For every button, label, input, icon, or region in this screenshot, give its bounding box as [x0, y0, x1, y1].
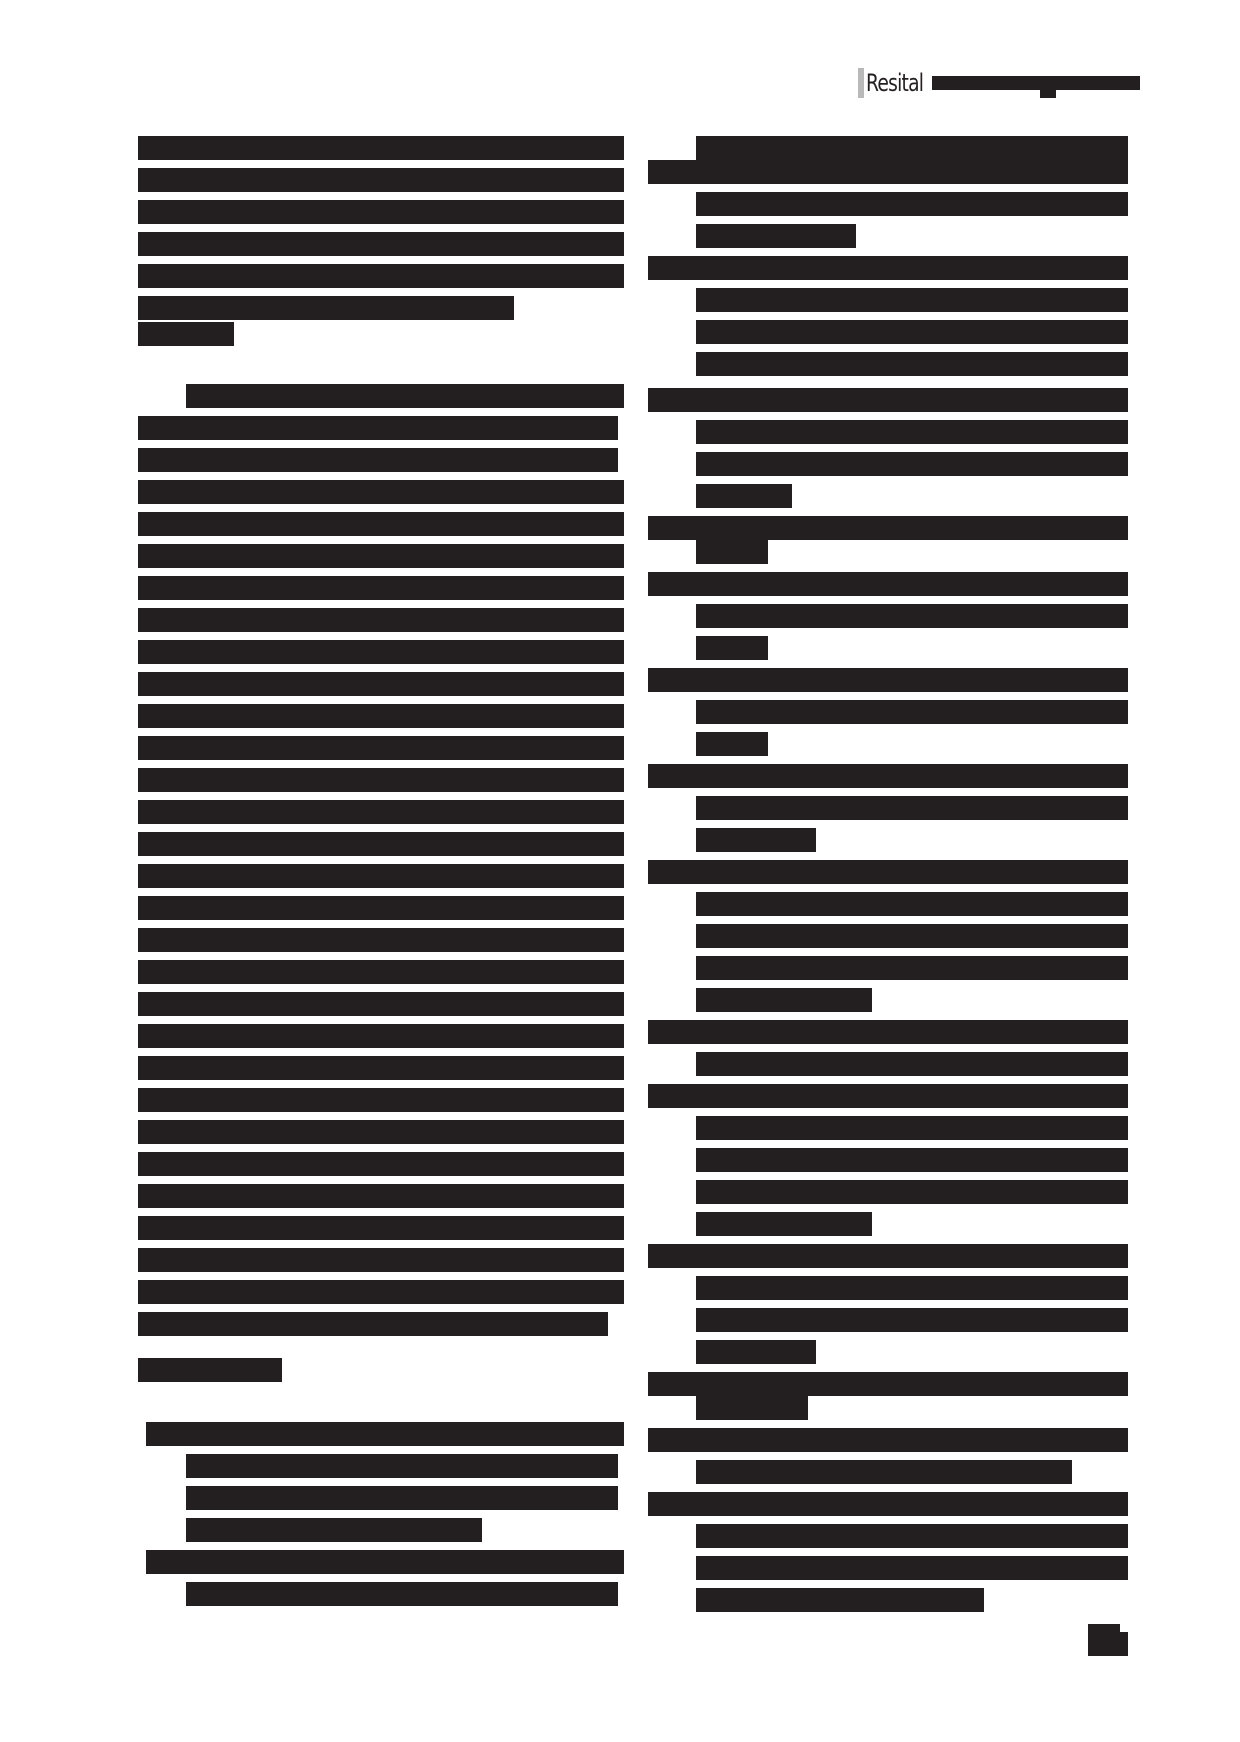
- text-line-redacted: [138, 800, 624, 824]
- reference-line-redacted: [648, 1244, 1128, 1268]
- text-line-redacted: [138, 448, 618, 472]
- reference-line-redacted: [648, 1084, 1128, 1108]
- reference-line-redacted: [696, 1588, 984, 1612]
- text-line-redacted: [138, 232, 624, 256]
- reference-line-redacted: [696, 732, 768, 756]
- reference-line-redacted: [186, 1518, 482, 1542]
- text-line-redacted: [138, 168, 624, 192]
- text-line-redacted: [138, 1184, 624, 1208]
- text-line-redacted: [138, 704, 624, 728]
- reference-line-redacted: [696, 828, 816, 852]
- reference-line-redacted: [696, 604, 1128, 628]
- reference-line-redacted: [696, 1524, 1128, 1548]
- reference-line-redacted: [648, 256, 1128, 280]
- text-line-redacted: [138, 480, 624, 504]
- journal-logo: Resital: [866, 69, 914, 97]
- text-line-redacted: [138, 1088, 624, 1112]
- reference-line-redacted: [696, 1340, 816, 1364]
- text-line-redacted: [138, 640, 624, 664]
- reference-line-redacted: [696, 892, 1128, 916]
- reference-line-redacted: [648, 160, 1128, 184]
- running-title-redacted: [redacted]: [932, 76, 1140, 90]
- reference-line-redacted: [648, 516, 1128, 540]
- reference-line-redacted: [186, 1486, 618, 1510]
- reference-line-redacted: [696, 988, 872, 1012]
- text-line-redacted: [138, 960, 624, 984]
- text-line-redacted: [138, 896, 624, 920]
- text-line-redacted: [138, 1120, 624, 1144]
- reference-line-redacted: [648, 860, 1128, 884]
- reference-line-redacted: [186, 1582, 618, 1606]
- logo-accent-bar: [858, 68, 864, 98]
- reference-line-redacted: [648, 764, 1128, 788]
- text-line-redacted: [138, 992, 624, 1016]
- reference-line-redacted: [186, 1454, 618, 1478]
- reference-line-redacted: [696, 1460, 1072, 1484]
- references-heading-redacted: [138, 1358, 282, 1382]
- reference-line-redacted: [696, 136, 1128, 160]
- text-line-redacted: [138, 864, 624, 888]
- reference-line-redacted: [696, 484, 792, 508]
- reference-line-redacted: [648, 1020, 1128, 1044]
- text-line-redacted: [138, 1152, 624, 1176]
- text-line-redacted: [138, 1280, 624, 1304]
- text-line-redacted: [138, 264, 624, 288]
- reference-line-redacted: [696, 288, 1128, 312]
- reference-line-redacted: [648, 1428, 1128, 1452]
- text-line-redacted: [138, 1024, 624, 1048]
- text-line-redacted: [138, 1216, 624, 1240]
- reference-line-redacted: [146, 1550, 624, 1574]
- text-line-redacted: [138, 832, 624, 856]
- reference-line-redacted: [696, 320, 1128, 344]
- text-line-redacted: [138, 512, 624, 536]
- reference-line-redacted: [696, 420, 1128, 444]
- reference-line-redacted: [696, 1180, 1128, 1204]
- text-line-redacted: [138, 1312, 608, 1336]
- text-line-redacted: [138, 608, 624, 632]
- reference-line-redacted: [696, 956, 1128, 980]
- text-line-redacted: [138, 544, 624, 568]
- reference-line-redacted: [696, 192, 1128, 216]
- reference-line-redacted: [696, 1396, 808, 1420]
- reference-line-redacted: [648, 1492, 1128, 1516]
- reference-line-redacted: [696, 540, 768, 564]
- text-line-redacted: [138, 928, 624, 952]
- reference-line-redacted: [648, 668, 1128, 692]
- reference-line-redacted: [696, 1052, 1128, 1076]
- reference-line-redacted: [696, 1556, 1128, 1580]
- reference-line-redacted: [696, 1212, 872, 1236]
- text-line-redacted: [138, 736, 624, 760]
- reference-line-redacted: [696, 224, 856, 248]
- text-line-redacted: [138, 1056, 624, 1080]
- reference-line-redacted: [696, 352, 1128, 376]
- reference-line-redacted: [648, 572, 1128, 596]
- reference-line-redacted: [696, 1116, 1128, 1140]
- reference-line-redacted: [696, 636, 768, 660]
- reference-line-redacted: [696, 924, 1128, 948]
- reference-line-redacted: [696, 1308, 1128, 1332]
- text-line-redacted: [138, 576, 624, 600]
- reference-line-redacted: [696, 796, 1128, 820]
- section-heading-redacted: [138, 322, 234, 346]
- text-line-redacted: [138, 1248, 624, 1272]
- text-line-redacted: [138, 200, 624, 224]
- text-line-redacted: [138, 416, 618, 440]
- reference-line-redacted: [146, 1422, 624, 1446]
- reference-line-redacted: [696, 700, 1128, 724]
- text-line-redacted: [138, 136, 624, 160]
- reference-line-redacted: [696, 1276, 1128, 1300]
- reference-line-redacted: [696, 1148, 1128, 1172]
- text-line-redacted: [138, 768, 624, 792]
- text-line-redacted: [138, 296, 514, 320]
- reference-line-redacted: [648, 1372, 1128, 1396]
- text-line-redacted: [186, 384, 624, 408]
- page-number-redacted: [redacted]: [1088, 1632, 1128, 1656]
- running-header: Resital [redacted]: [858, 66, 1140, 100]
- reference-line-redacted: [696, 452, 1128, 476]
- text-line-redacted: [138, 672, 624, 696]
- reference-line-redacted: [648, 388, 1128, 412]
